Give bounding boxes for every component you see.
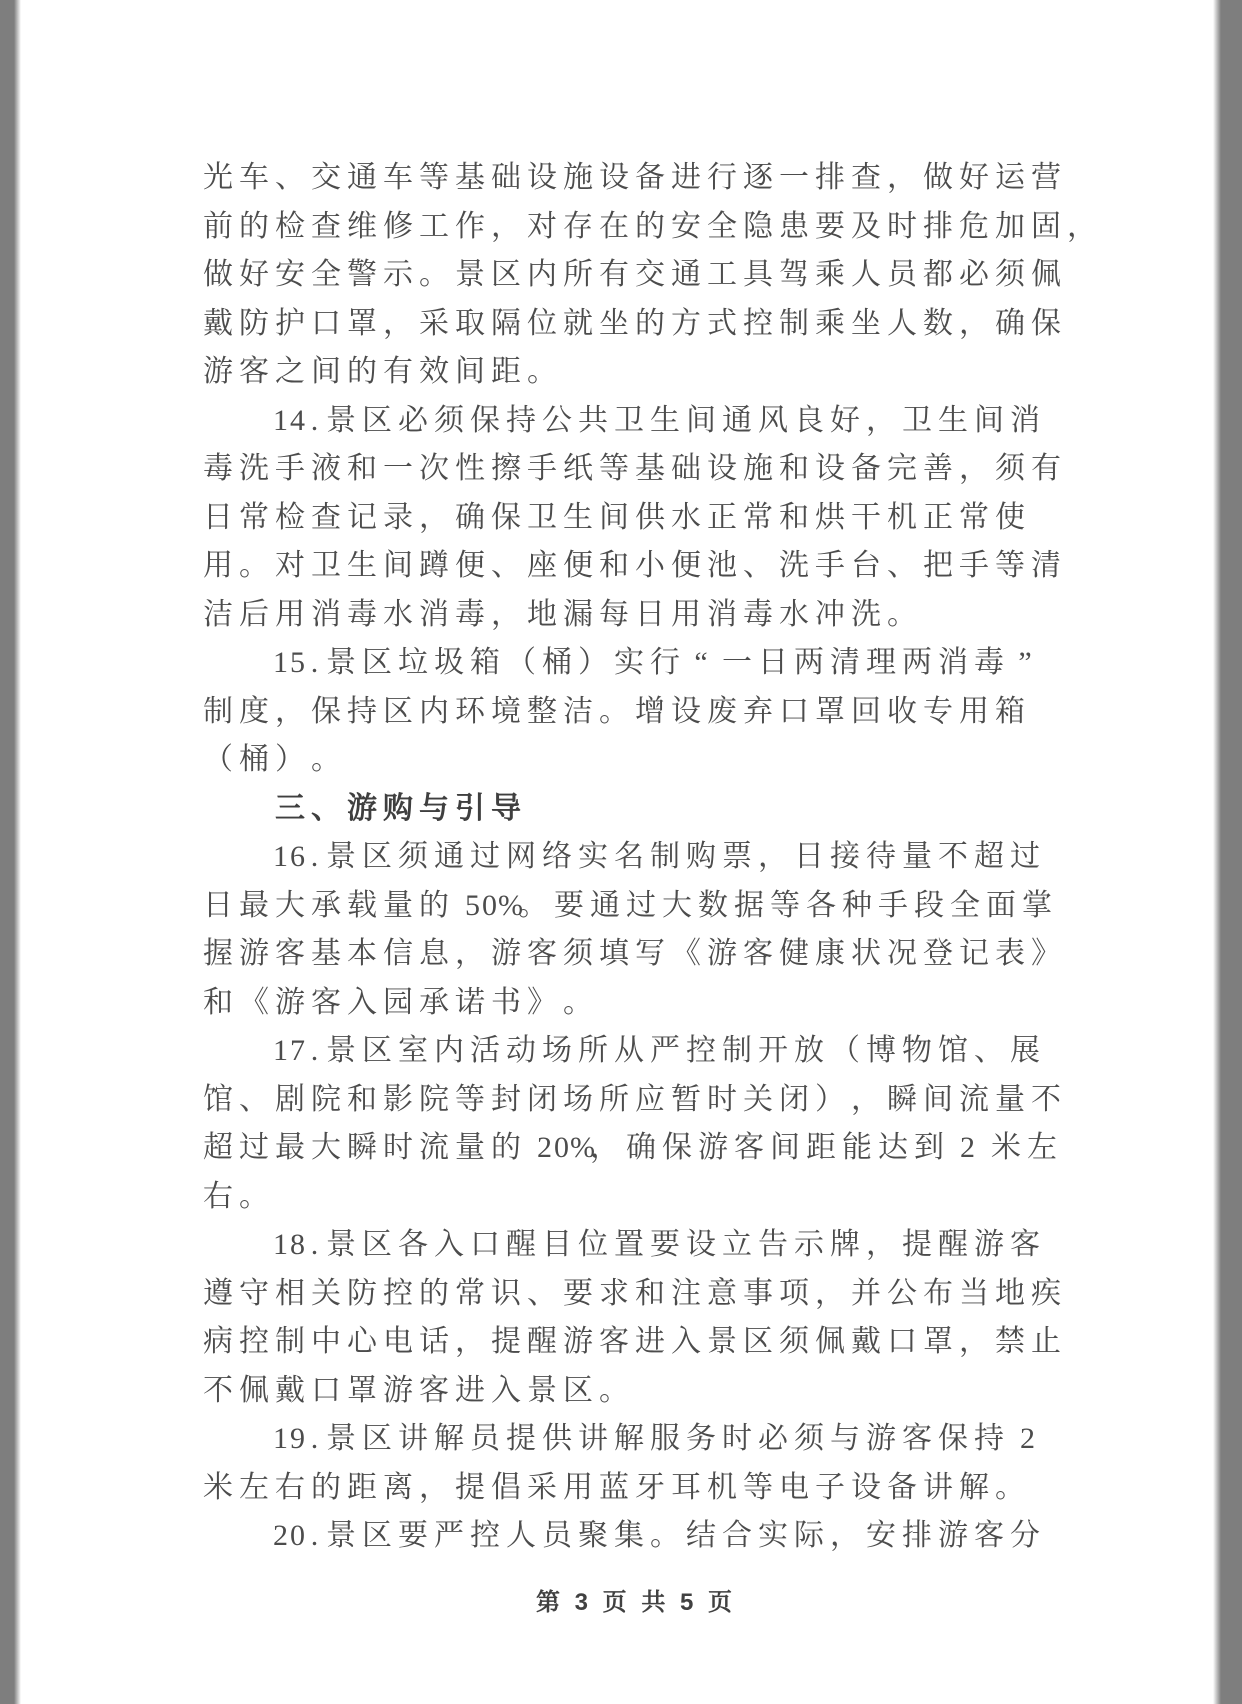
text-line: 15.景区垃圾箱（桶）实行“一日两清理两消毒” <box>200 639 1072 688</box>
text-line: 不佩戴口罩游客进入景区。 <box>200 1367 1072 1416</box>
text-line: 毒洗手液和一次性擦手纸等基础设施和设备完善，须有 <box>200 445 1072 494</box>
text-line: 做好安全警示。景区内所有交通工具驾乘人员都必须佩 <box>200 251 1072 300</box>
text-line: 前的检查维修工作，对存在的安全隐患要及时排危加固， <box>200 203 1072 252</box>
text-line: 14.景区必须保持公共卫生间通风良好，卫生间消 <box>200 397 1072 446</box>
text-line: 戴防护口罩，采取隔位就坐的方式控制乘坐人数，确保 <box>200 300 1072 349</box>
text-line: 遵守相关防控的常识、要求和注意事项，并公布当地疾 <box>200 1270 1072 1319</box>
text-line: 17.景区室内活动场所从严控制开放（博物馆、展 <box>200 1027 1072 1076</box>
document-page: 光车、交通车等基础设施设备进行逐一排查，做好运营前的检查维修工作，对存在的安全隐… <box>0 0 1242 1704</box>
text-line: 游客之间的有效间距。 <box>200 348 1072 397</box>
text-line: 米左右的距离，提倡采用蓝牙耳机等电子设备讲解。 <box>200 1464 1072 1513</box>
text-line: 馆、剧院和影院等封闭场所应暂时关闭），瞬间流量不 <box>200 1076 1072 1125</box>
text-line: 和《游客入园承诺书》。 <box>200 979 1072 1028</box>
text-line: 病控制中心电话，提醒游客进入景区须佩戴口罩，禁止 <box>200 1318 1072 1367</box>
text-line: 19.景区讲解员提供讲解服务时必须与游客保持 2 <box>200 1415 1072 1464</box>
text-line: 日最大承载量的 50%。要通过大数据等各种手段全面掌 <box>200 882 1072 931</box>
text-line: 制度，保持区内环境整洁。增设废弃口罩回收专用箱 <box>200 688 1072 737</box>
text-line: 右。 <box>200 1173 1072 1222</box>
text-line: 洁后用消毒水消毒，地漏每日用消毒水冲洗。 <box>200 591 1072 640</box>
text-line: 超过最大瞬时流量的 20%，确保游客间距能达到 2 米左 <box>200 1124 1072 1173</box>
text-line: 光车、交通车等基础设施设备进行逐一排查，做好运营 <box>200 154 1072 203</box>
section-heading: 三、游购与引导 <box>200 785 1072 834</box>
text-line: 日常检查记录，确保卫生间供水正常和烘干机正常使 <box>200 494 1072 543</box>
page-number: 第 3 页 共 5 页 <box>200 1588 1072 1618</box>
page-root: { "page": { "colors": { "background": "#… <box>0 0 1242 1704</box>
text-line: （桶）。 <box>200 736 1072 785</box>
text-column: 光车、交通车等基础设施设备进行逐一排查，做好运营前的检查维修工作，对存在的安全隐… <box>200 154 1072 1561</box>
text-line: 握游客基本信息，游客须填写《游客健康状况登记表》 <box>200 930 1072 979</box>
text-line: 20.景区要严控人员聚集。结合实际，安排游客分 <box>200 1512 1072 1561</box>
text-line: 用。对卫生间蹲便、座便和小便池、洗手台、把手等清 <box>200 542 1072 591</box>
text-line: 16.景区须通过网络实名制购票，日接待量不超过 <box>200 833 1072 882</box>
text-line: 18.景区各入口醒目位置要设立告示牌，提醒游客 <box>200 1221 1072 1270</box>
